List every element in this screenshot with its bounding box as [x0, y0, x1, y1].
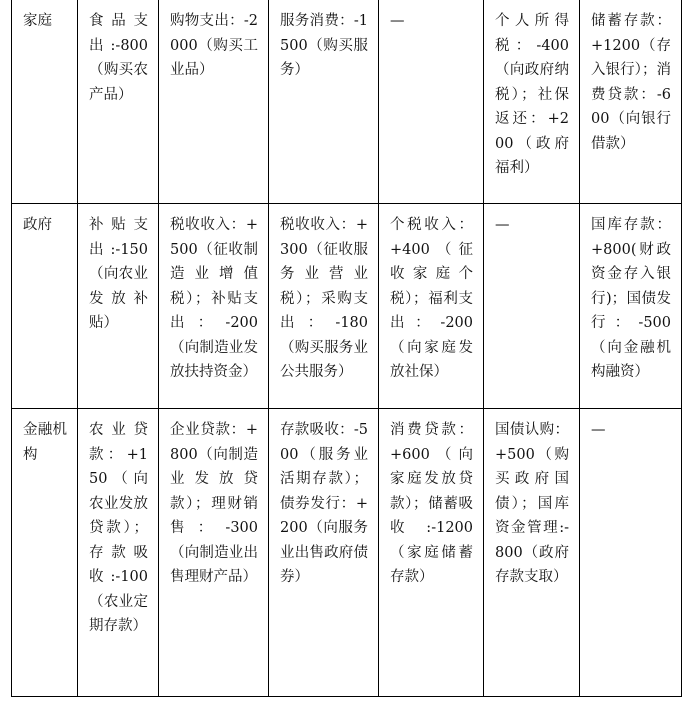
sector-label: 金融机构	[12, 409, 78, 697]
table-row-household: 家庭 食品支出:-800（购买农 产品） 购物支出：-2000（购买工业品） 服…	[12, 0, 682, 204]
table-cell: 税收收入：+500（征收制造业增值税）；补贴支出：-200（向制造业发放扶持资金…	[159, 204, 269, 409]
table-cell: 补贴支出:-150（向农业发放补贴）	[78, 204, 159, 409]
table-cell: 个人所得税：-400（向政府纳税）；社保返还：+200（政府福利）	[484, 0, 580, 204]
table-cell-empty: —	[484, 204, 580, 409]
sector-label: 家庭	[12, 0, 78, 204]
table-cell-empty: —	[580, 409, 682, 697]
table-cell: 企业贷款：+800（向制造业发放贷款）；理财销售：-300（向制造业出售理财产品…	[159, 409, 269, 697]
table-cell: 国债认购：+500（购买政府国债）；国库资金管理:-800（政府存款支取）	[484, 409, 580, 697]
table-cell: 农业贷款：+150（向农业发放贷款）；存款吸收:-100（农业定期存款）	[78, 409, 159, 697]
table-cell: 个税收入：+400（征收家庭个税）；福利支出：-200（向家庭发放社保）	[379, 204, 484, 409]
table-cell: 存款吸收：-500（服务业活期存款）；债券发行：+200（向服务业出售政府债券）	[269, 409, 379, 697]
table-cell: 储蓄存款：+1200（存入银行）；消费贷款：-600（向银行借款）	[580, 0, 682, 204]
table-cell: 消费贷款：+600（向家庭发放贷款）；储蓄吸收:-1200（家庭储蓄存款）	[379, 409, 484, 697]
table-row-government: 政府 补贴支出:-150（向农业发放补贴） 税收收入：+500（征收制造业增值税…	[12, 204, 682, 409]
table-cell: 服务消费：-1500（购买服务）	[269, 0, 379, 204]
sector-label: 政府	[12, 204, 78, 409]
table-cell: 食品支出:-800（购买农 产品）	[78, 0, 159, 204]
table-row-financial-institutions: 金融机构 农业贷款：+150（向农业发放贷款）；存款吸收:-100（农业定期存款…	[12, 409, 682, 697]
table-cell: 税收收入：+300（征收服务业营业税）；采购支出：-180（购买服务业公共服务）	[269, 204, 379, 409]
table-cell-empty: —	[379, 0, 484, 204]
table-cell: 购物支出：-2000（购买工业品）	[159, 0, 269, 204]
table-cell: 国库存款：+800(财政资金存入银行)；国债发行：-500（向金融机构融资）	[580, 204, 682, 409]
document-sheet: 家庭 食品支出:-800（购买农 产品） 购物支出：-2000（购买工业品） 服…	[11, 0, 681, 697]
sector-flow-table: 家庭 食品支出:-800（购买农 产品） 购物支出：-2000（购买工业品） 服…	[11, 0, 682, 697]
